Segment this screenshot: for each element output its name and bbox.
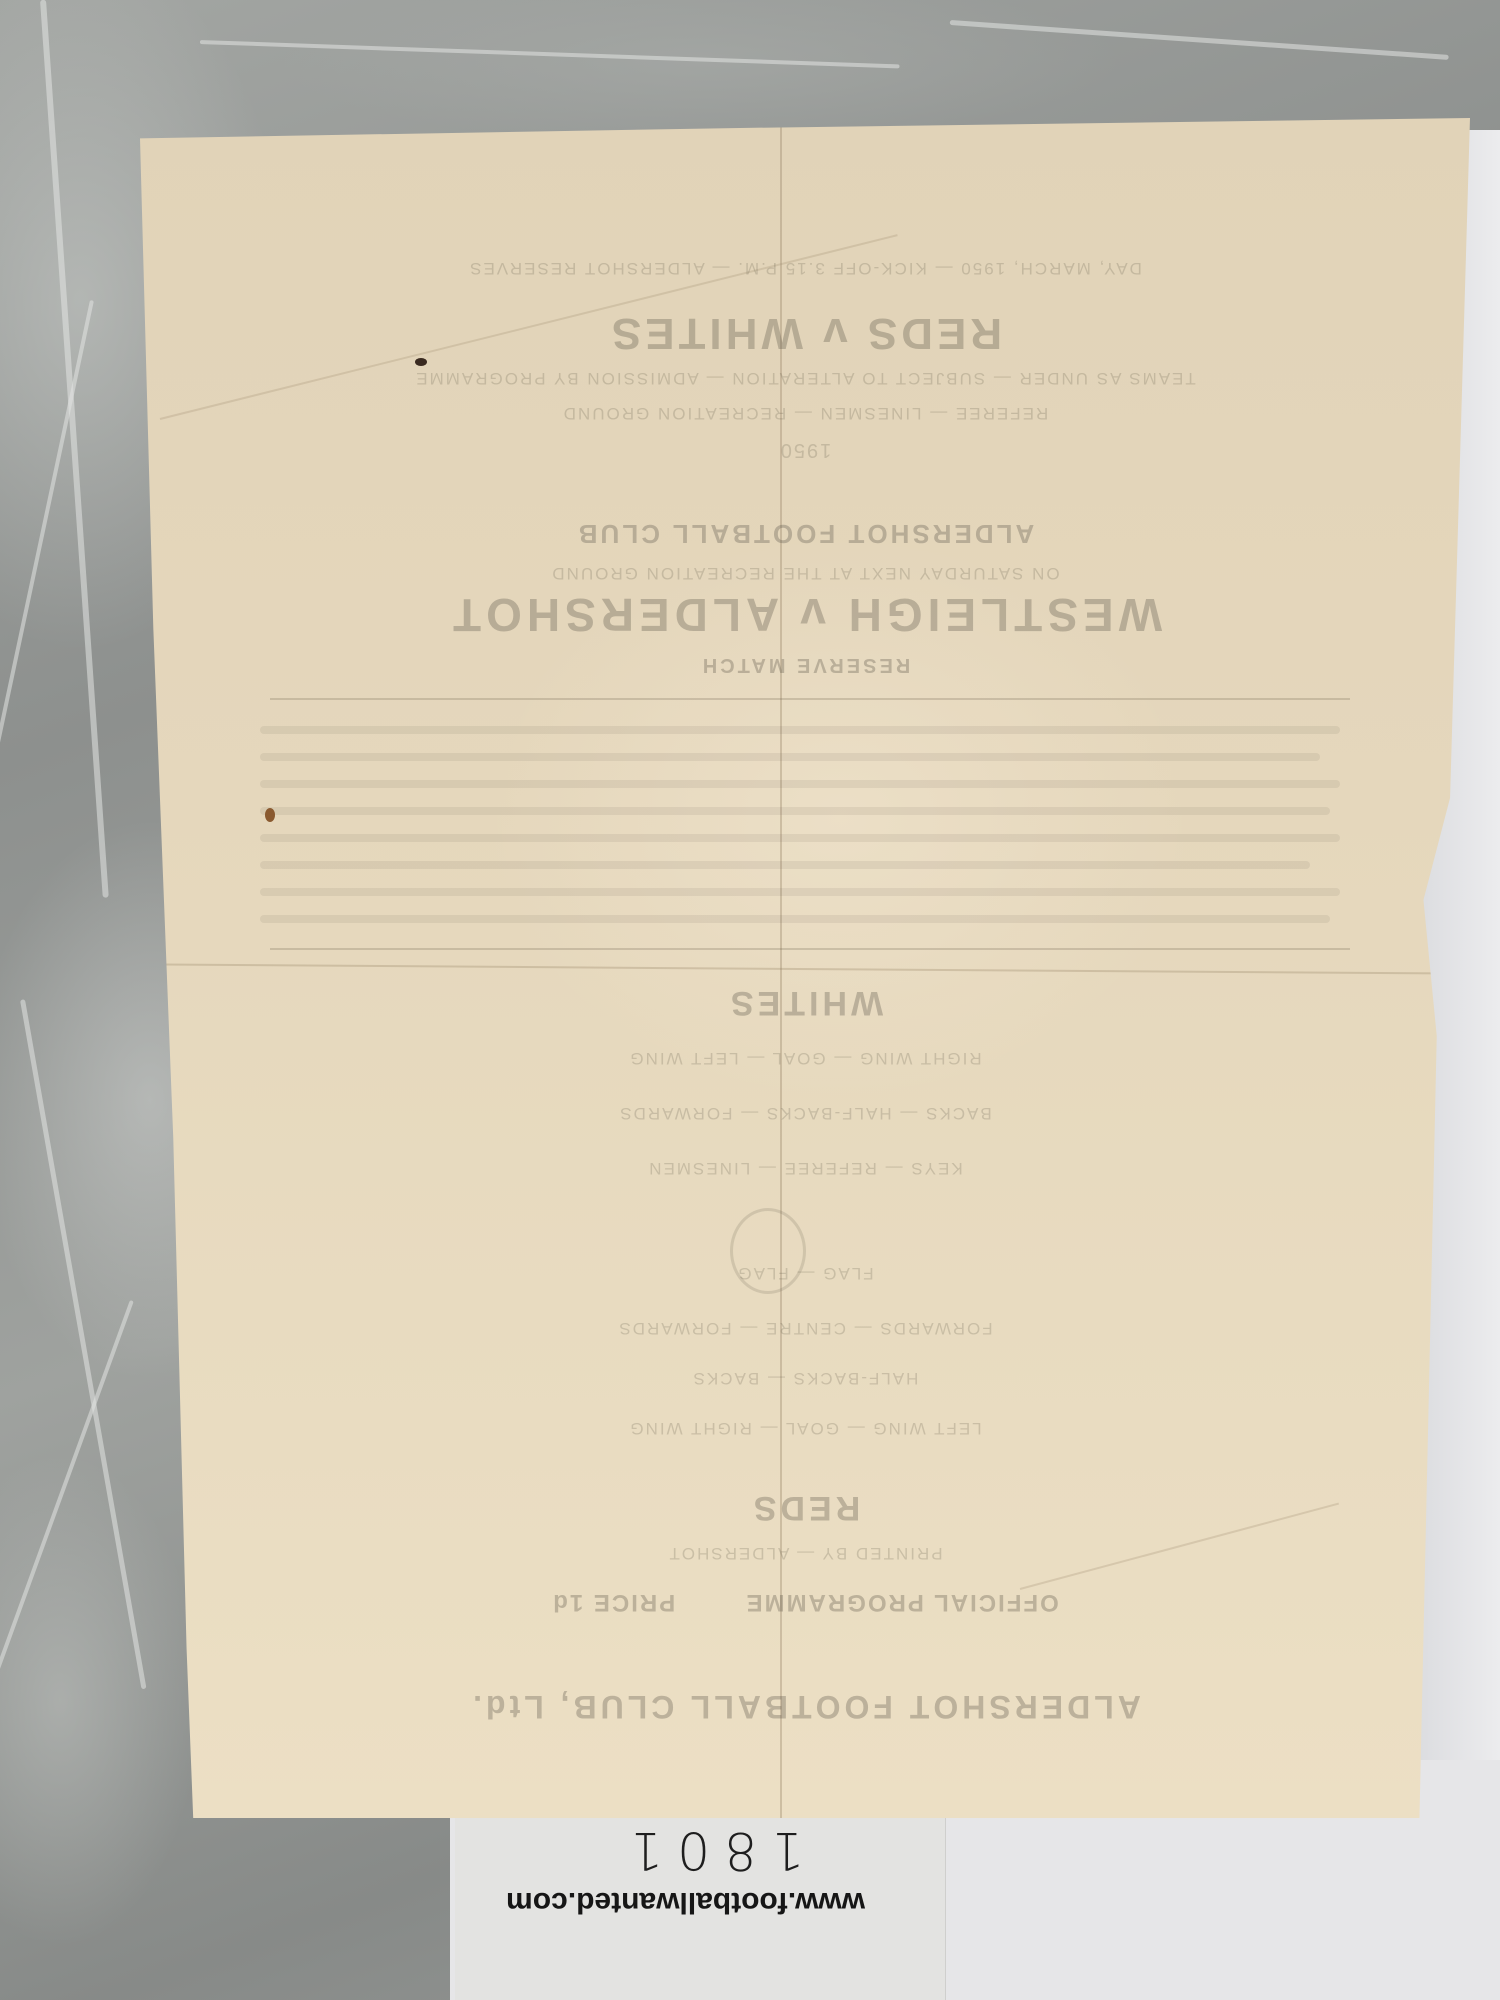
bleed-headline-middle: WESTLEIGH v ALDERSHOT xyxy=(140,588,1470,642)
handwritten-lot-number: 1801 xyxy=(615,1820,805,1880)
marble-vein xyxy=(0,300,94,888)
programme-sheet: DAY, MARCH, 1950 — KICK-OFF 3.15 P.M. — … xyxy=(140,118,1470,1818)
bleed-lineup: FLAG — FLAG xyxy=(140,1263,1470,1283)
bleed-team-heading-lower: REDS xyxy=(140,1488,1470,1527)
website-url: www.footballwanted.com xyxy=(565,1885,865,1919)
bleed-lineup: BACKS — HALF-BACKS — FORWARDS xyxy=(140,1103,1470,1123)
bleed-date-line: 1950 xyxy=(140,438,1470,461)
marble-vein xyxy=(40,0,109,898)
bleed-paragraph-line xyxy=(260,915,1330,923)
rust-stain xyxy=(265,808,275,822)
bleed-lineup: KEYS — REFEREE — LINESMEN xyxy=(140,1158,1470,1178)
bleed-subheading: ALDERSHOT FOOTBALL CLUB xyxy=(140,518,1470,549)
horizontal-fold xyxy=(140,963,1470,974)
bleed-lineup: RIGHT WING — GOAL — LEFT WING xyxy=(140,1048,1470,1068)
bleed-paragraph-line xyxy=(260,753,1320,761)
bleed-text-line: TEAMS AS UNDER — SUBJECT TO ALTERATION —… xyxy=(140,368,1470,388)
marble-vein xyxy=(20,999,146,1689)
bleed-text-line: REFEREE — LINESMEN — RECREATION GROUND xyxy=(140,403,1470,423)
bleed-lineup: LEFT WING — GOAL — RIGHT WING xyxy=(140,1418,1470,1438)
bleed-paragraph-line xyxy=(260,780,1340,788)
bleed-text-line: PRINTED BY — ALDERSHOT xyxy=(140,1543,1470,1563)
bleed-text-line: DAY, MARCH, 1950 — KICK-OFF 3.15 P.M. — … xyxy=(140,258,1470,278)
bleed-paragraph-line xyxy=(260,861,1310,869)
bleed-paragraph-line xyxy=(260,807,1330,815)
bleed-lineup: FORWARDS — CENTRE — FORWARDS xyxy=(140,1318,1470,1338)
bleed-footer-club: ALDERSHOT FOOTBALL CLUB, Ltd. xyxy=(140,1688,1470,1725)
bleed-paragraph-line xyxy=(260,726,1340,734)
bleed-subline-middle: RESERVE MATCH xyxy=(140,653,1470,676)
dark-speck xyxy=(415,358,427,366)
bleed-footer-left: OFFICIAL PROGRAMME xyxy=(745,1589,1059,1616)
printed-rule xyxy=(270,948,1350,950)
printed-rule xyxy=(270,698,1350,700)
bleed-paragraph-line xyxy=(260,834,1340,842)
bleed-headline-top: REDS v WHITES xyxy=(140,308,1470,358)
bleed-lineup: HALF-BACKS — BACKS xyxy=(140,1368,1470,1388)
marble-vein xyxy=(200,40,900,68)
bleed-footer: OFFICIAL PROGRAMME PRICE 1d xyxy=(140,1588,1470,1616)
marble-vein xyxy=(950,20,1449,60)
bleed-footer-right: PRICE 1d xyxy=(551,1589,675,1616)
bleed-text-line: ON SATURDAY NEXT AT THE RECREATION GROUN… xyxy=(140,563,1470,583)
bleed-paragraph-line xyxy=(260,888,1340,896)
bleed-team-heading-upper: WHITES xyxy=(140,983,1470,1022)
